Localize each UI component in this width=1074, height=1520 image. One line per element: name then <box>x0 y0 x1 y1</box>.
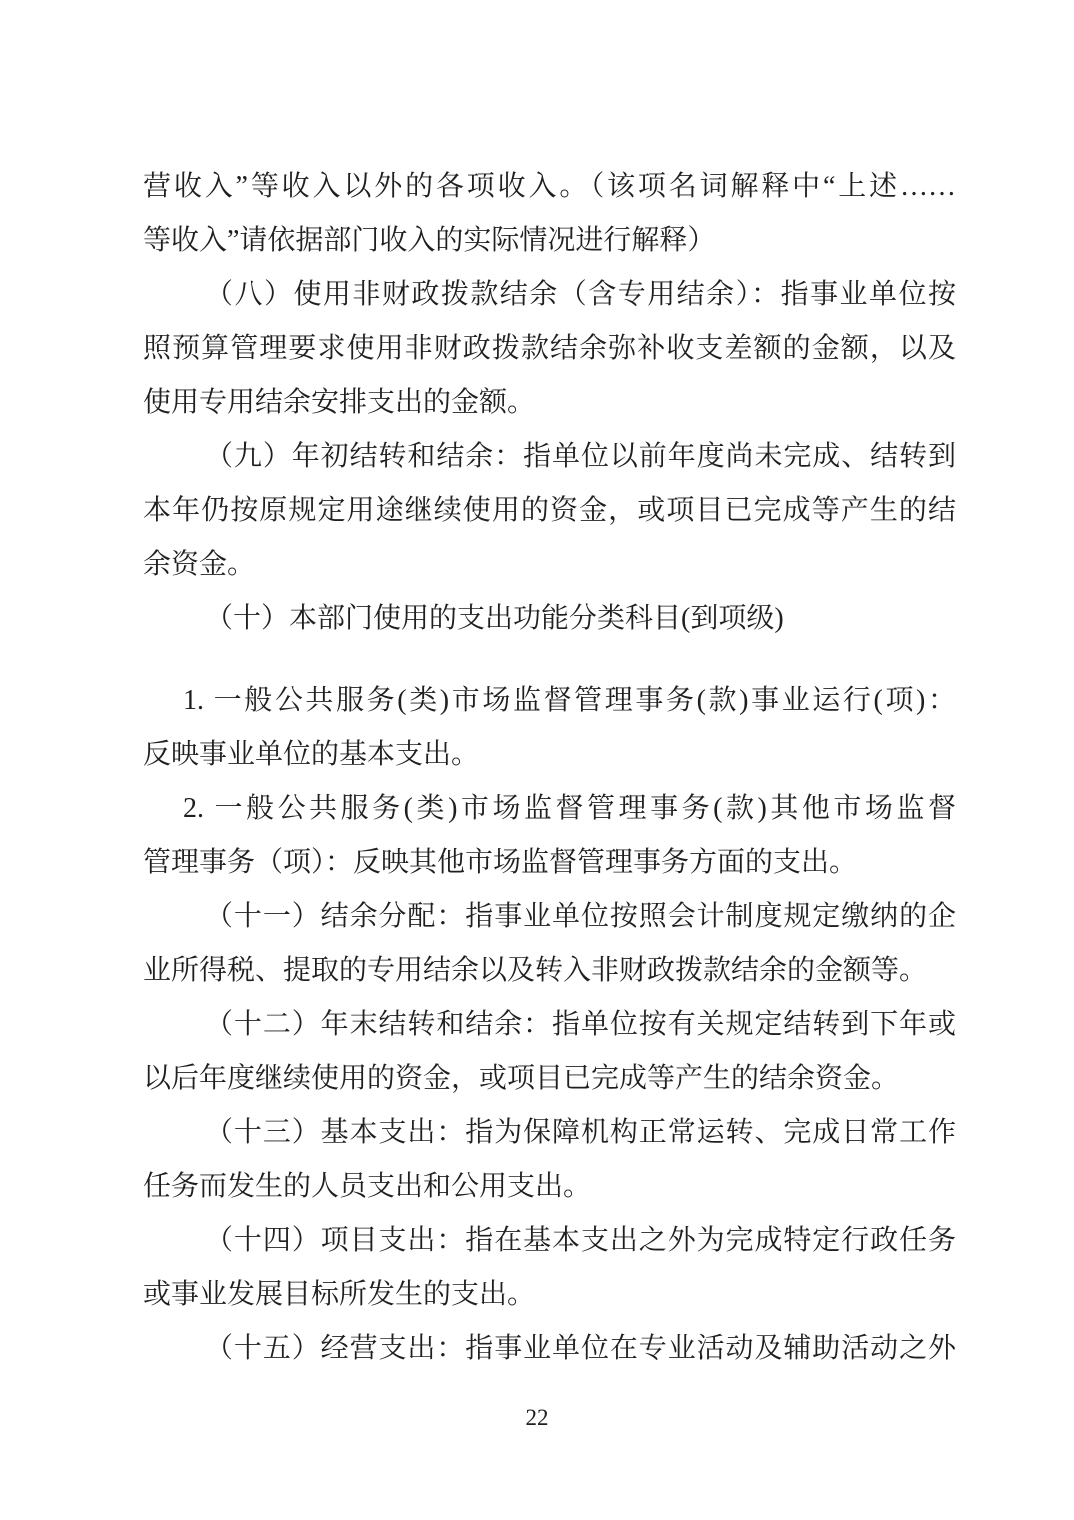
doc-line: （十三）基本支出：指为保障机构正常运转、完成日常工作 <box>143 1106 956 1160</box>
page-number: 22 <box>0 1396 1074 1440</box>
doc-line: （十一）结余分配：指事业单位按照会计制度规定缴纳的企 <box>143 890 956 944</box>
doc-line: 本年仍按原规定用途继续使用的资金，或项目已完成等产生的结 <box>143 484 956 538</box>
doc-line: 等收入”请依据部门收入的实际情况进行解释） <box>143 214 956 268</box>
doc-line: 营收入”等收入以外的各项收入。（该项名词解释中“上述…… <box>143 160 956 214</box>
doc-line: （十二）年末结转和结余：指单位按有关规定结转到下年或 <box>143 998 956 1052</box>
doc-line: 任务而发生的人员支出和公用支出。 <box>143 1160 956 1214</box>
doc-line: 1. 一般公共服务(类)市场监督管理事务(款)事业运行(项)： <box>143 674 956 728</box>
document-page: 营收入”等收入以外的各项收入。（该项名词解释中“上述…… 等收入”请依据部门收入… <box>0 0 1074 1520</box>
doc-line: 使用专用结余安排支出的金额。 <box>143 376 956 430</box>
doc-line: 业所得税、提取的专用结余以及转入非财政拨款结余的金额等。 <box>143 944 956 998</box>
doc-line: 或事业发展目标所发生的支出。 <box>143 1268 956 1322</box>
doc-line: （十）本部门使用的支出功能分类科目(到项级) <box>143 592 956 646</box>
doc-line: （十五）经营支出：指事业单位在专业活动及辅助活动之外 <box>143 1322 956 1376</box>
doc-line: 照预算管理要求使用非财政拨款结余弥补收支差额的金额，以及 <box>143 322 956 376</box>
doc-line: （十四）项目支出：指在基本支出之外为完成特定行政任务 <box>143 1214 956 1268</box>
doc-line: 2. 一般公共服务(类)市场监督管理事务(款)其他市场监督 <box>143 782 956 836</box>
body-text: 营收入”等收入以外的各项收入。（该项名词解释中“上述…… 等收入”请依据部门收入… <box>143 160 956 1376</box>
doc-line: （八）使用非财政拨款结余（含专用结余）：指事业单位按 <box>143 268 956 322</box>
doc-line: 余资金。 <box>143 538 956 592</box>
doc-line: 反映事业单位的基本支出。 <box>143 728 956 782</box>
doc-line: （九）年初结转和结余：指单位以前年度尚未完成、结转到 <box>143 430 956 484</box>
doc-line: 以后年度继续使用的资金，或项目已完成等产生的结余资金。 <box>143 1052 956 1106</box>
doc-line: 管理事务（项）：反映其他市场监督管理事务方面的支出。 <box>143 836 956 890</box>
